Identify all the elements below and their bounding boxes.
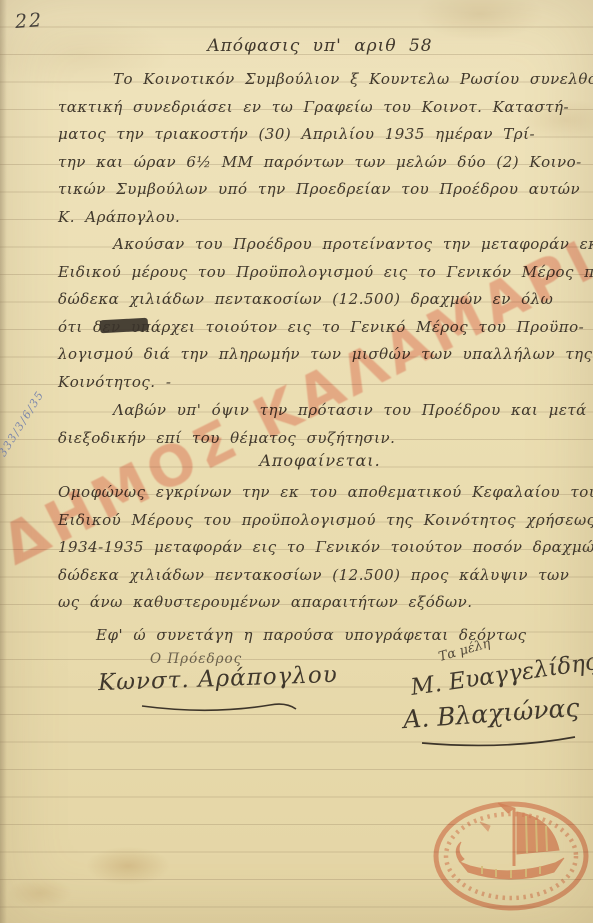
- text-line: 1934-1935 μεταφοράν εις το Γενικόν τοιού…: [58, 534, 584, 562]
- text-line: ματος την τριακοστήν (30) Απριλίου 1935 …: [58, 121, 584, 149]
- text-line: ως άνω καθυστερουμένων απαραιτήτων εξόδω…: [58, 589, 584, 617]
- text-line: Κ. Αράπογλου.: [58, 204, 584, 232]
- text-line: Ακούσαν του Προέδρου προτείναντος την με…: [58, 231, 584, 259]
- text-line: δώδεκα χιλιάδων πεντακοσίων (12.500) προ…: [58, 562, 584, 590]
- president-signature: Κωνστ. Αράπογλου: [98, 662, 339, 696]
- margin-filing-number: 333/3/6/35: [0, 388, 47, 459]
- scribbled-out-word: [100, 318, 149, 333]
- paragraph-convening: Το Κοινοτικόν Συμβούλιον ξ Κουντελω Ρωσί…: [58, 66, 584, 231]
- text-line: τακτική συνεδριάσει εν τω Γραφείω του Κο…: [58, 94, 584, 122]
- decision-title: Απόφασις υπ' αριθ 58: [58, 36, 582, 56]
- text-line: την και ώραν 6½ ΜΜ παρόντων των μελών δύ…: [58, 149, 584, 177]
- member-signature-2: Α. Βλαχιώνας: [402, 693, 580, 734]
- page-number: 22: [14, 9, 44, 33]
- scanned-document-page: 22 333/3/6/35 Απόφασις υπ' αριθ 58 Το Κο…: [0, 0, 593, 923]
- galley-ship-stamp-icon: [430, 796, 592, 916]
- signature-flourish: [420, 734, 585, 750]
- text-line: τικών Συμβούλων υπό την Προεδρείαν του Π…: [58, 176, 584, 204]
- text-line: Το Κοινοτικόν Συμβούλιον ξ Κουντελω Ρωσί…: [58, 66, 584, 94]
- signature-flourish: [140, 698, 300, 716]
